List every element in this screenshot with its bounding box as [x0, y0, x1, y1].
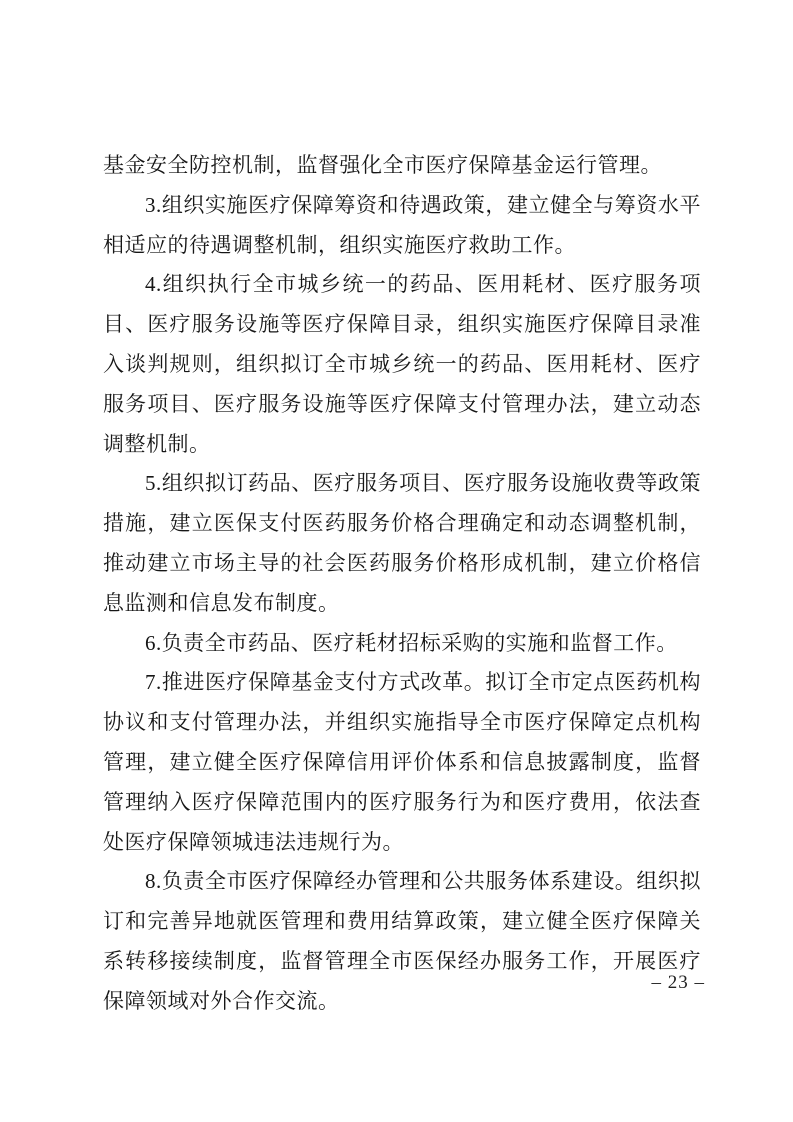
paragraph-item-3: 3.组织实施医疗保障筹资和待遇政策，建立健全与筹资水平相适应的待遇调整机制，组织…	[103, 186, 701, 266]
paragraph-item-6: 6.负责全市药品、医疗耗材招标采购的实施和监督工作。	[103, 624, 701, 664]
paragraph-continuation: 基金安全防控机制，监督强化全市医疗保障基金运行管理。	[103, 146, 701, 186]
paragraph-item-5: 5.组织拟订药品、医疗服务项目、医疗服务设施收费等政策措施，建立医保支付医药服务…	[103, 464, 701, 623]
paragraph-item-7: 7.推进医疗保障基金支付方式改革。拟订全市定点医药机构协议和支付管理办法，并组织…	[103, 663, 701, 862]
paragraph-item-8: 8.负责全市医疗保障经办管理和公共服务体系建设。组织拟订和完善异地就医管理和费用…	[103, 862, 701, 1021]
document-page: 基金安全防控机制，监督强化全市医疗保障基金运行管理。 3.组织实施医疗保障筹资和…	[0, 0, 793, 1122]
page-number: – 23 –	[652, 972, 706, 994]
document-body: 基金安全防控机制，监督强化全市医疗保障基金运行管理。 3.组织实施医疗保障筹资和…	[103, 146, 701, 1022]
paragraph-item-4: 4.组织执行全市城乡统一的药品、医用耗材、医疗服务项目、医疗服务设施等医疗保障目…	[103, 265, 701, 464]
